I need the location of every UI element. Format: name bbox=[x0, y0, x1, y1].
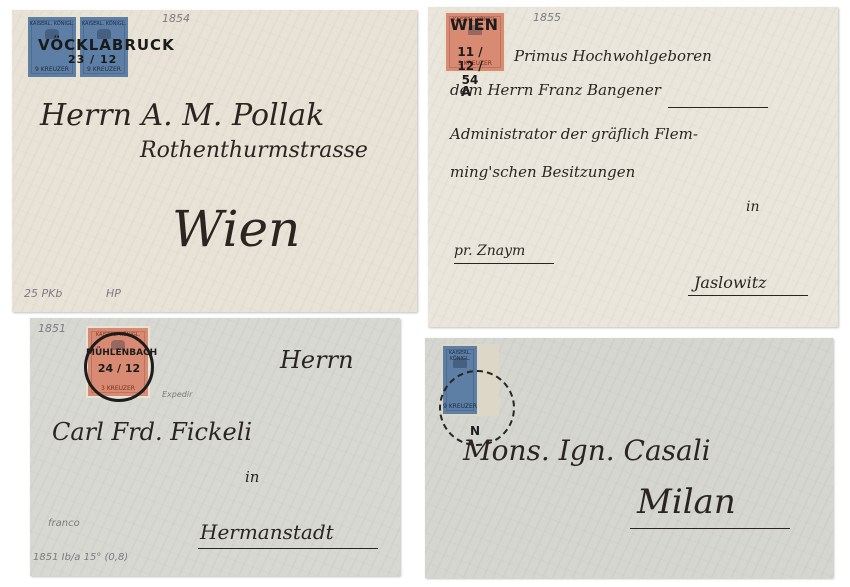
pencil-note: HP bbox=[106, 287, 121, 300]
postal-cover-2: KAISERL. KÖNIGL. 3 KREUZER WIEN 11 / 12 … bbox=[428, 7, 838, 327]
city-line: Wien bbox=[172, 200, 300, 258]
pencil-year: 1851 bbox=[38, 322, 66, 335]
postmark-date: 24 / 12 bbox=[96, 362, 142, 375]
destination-line: Jaslowitz bbox=[694, 273, 767, 292]
pencil-note: Expedir bbox=[162, 390, 192, 399]
address-line: dem Herrn Franz Bangener bbox=[450, 81, 661, 99]
postmark-town: MÜHLENBACH bbox=[86, 348, 152, 358]
postal-cover-4: KAISERL. KÖNIGL. 9 KREUZER N Mons. Ign. … bbox=[425, 338, 833, 578]
postmark-town: VÖCKLABRUCK bbox=[38, 36, 175, 54]
address-line: in bbox=[245, 468, 259, 486]
city-line: Milan bbox=[637, 482, 736, 522]
postmark-town: WIEN bbox=[442, 15, 506, 34]
address-line: Administrator der gräflich Flem- bbox=[450, 125, 698, 143]
address-line: Herrn bbox=[280, 346, 354, 374]
address-line: in bbox=[746, 199, 760, 215]
addressee-line: Herrn A. M. Pollak bbox=[40, 98, 324, 133]
street-line: Rothenthurmstrasse bbox=[140, 138, 368, 163]
address-line: Primus Hochwohlgeboren bbox=[514, 47, 712, 65]
city-line: Hermanstadt bbox=[200, 520, 334, 544]
pencil-year: 1855 bbox=[533, 11, 561, 24]
addressee-line: Mons. Ign. Casali bbox=[463, 434, 711, 467]
address-line: ming'schen Besitzungen bbox=[450, 163, 635, 181]
addressee-line: Carl Frd. Fickeli bbox=[52, 418, 252, 446]
postal-cover-3: 1851 KAISERL. KÖNIGL. 3 KREUZER MÜHLENBA… bbox=[30, 318, 400, 576]
postal-cover-1: KAISERL. KÖNIGL. 9 KREUZER KAISERL. KÖNI… bbox=[12, 10, 417, 312]
pencil-year: 1854 bbox=[162, 12, 190, 25]
routing-line: pr. Znaym bbox=[454, 243, 525, 259]
pencil-note: 1851 Ib/a 15° (0,8) bbox=[33, 552, 128, 563]
pencil-note: franco bbox=[48, 518, 80, 529]
postmark-date: 23 / 12 bbox=[68, 53, 117, 66]
pencil-note: 25 PKb bbox=[24, 287, 62, 300]
